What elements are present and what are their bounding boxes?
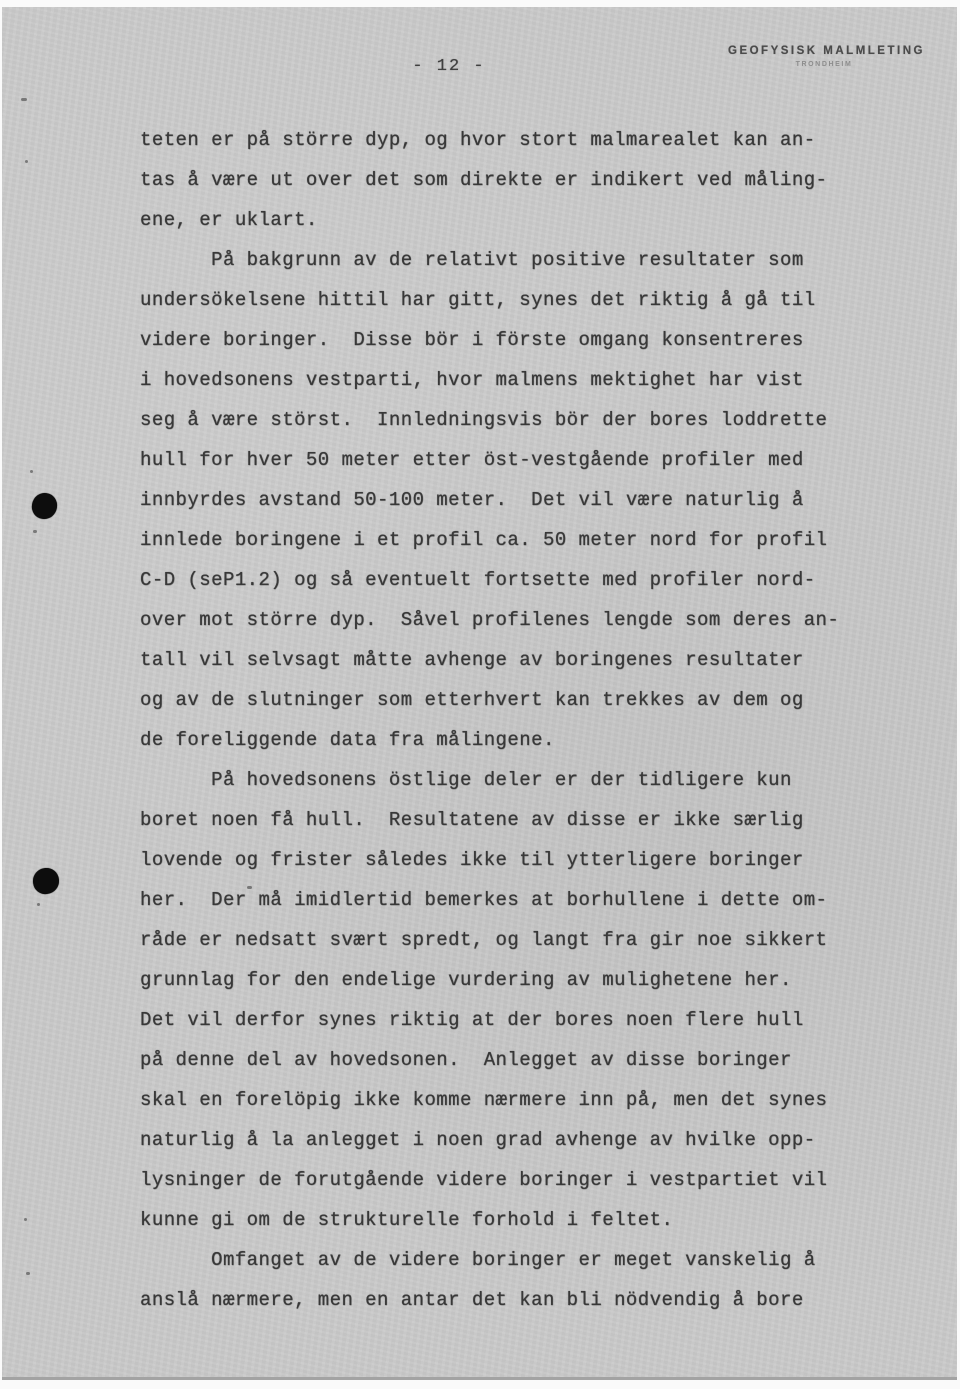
- scan-speck: [33, 530, 37, 533]
- text-line: tas å være ut over det som direkte er in…: [140, 160, 900, 200]
- scan-speck: [25, 160, 28, 163]
- text-line: Det vil derfor synes riktig at der bores…: [140, 1000, 900, 1040]
- scan-speck: [37, 903, 40, 906]
- text-line: På hovedsonens östlige deler er der tidl…: [140, 760, 900, 800]
- text-line: På bakgrunn av de relativt positive resu…: [140, 240, 900, 280]
- scan-speck: [247, 886, 252, 889]
- text-line: lovende og frister således ikke til ytte…: [140, 840, 900, 880]
- text-line: over mot större dyp. Såvel profilenes le…: [140, 600, 900, 640]
- text-line: anslå nærmere, men en antar det kan bli …: [140, 1280, 900, 1320]
- text-line: tall vil selvsagt måtte avhenge av borin…: [140, 640, 900, 680]
- text-line: og av de slutninger som etterhvert kan t…: [140, 680, 900, 720]
- letterhead-city: TRONDHEIM: [728, 61, 920, 68]
- text-line: grunnlag for den endelige vurdering av m…: [140, 960, 900, 1000]
- typewritten-body-text: teten er på större dyp, og hvor stort ma…: [140, 120, 900, 1320]
- text-line: Omfanget av de videre boringer er meget …: [140, 1240, 900, 1280]
- text-line: undersökelsene hittil har gitt, synes de…: [140, 280, 900, 320]
- text-line: ene, er uklart.: [140, 200, 900, 240]
- text-line: lysninger de forutgående videre boringer…: [140, 1160, 900, 1200]
- text-line: C-D (seP1.2) og så eventuelt fortsette m…: [140, 560, 900, 600]
- text-line: hull for hver 50 meter etter öst-vestgåe…: [140, 440, 900, 480]
- text-line: kunne gi om de strukturelle forhold i fe…: [140, 1200, 900, 1240]
- text-line: videre boringer. Disse bör i förste omga…: [140, 320, 900, 360]
- text-line: skal en forelöpig ikke komme nærmere inn…: [140, 1080, 900, 1120]
- text-line: naturlig å la anlegget i noen grad avhen…: [140, 1120, 900, 1160]
- scan-speck: [21, 98, 27, 101]
- text-line: teten er på större dyp, og hvor stort ma…: [140, 120, 900, 160]
- text-line: boret noen få hull. Resultatene av disse…: [140, 800, 900, 840]
- text-line: innbyrdes avstand 50-100 meter. Det vil …: [140, 480, 900, 520]
- text-line: råde er nedsatt svært spredt, og langt f…: [140, 920, 900, 960]
- letterhead-organization: GEOFYSISK MALMLETING: [728, 45, 920, 57]
- text-line: de foreliggende data fra målingene.: [140, 720, 900, 760]
- scan-speck: [24, 1218, 27, 1221]
- text-line: seg å være störst. Innledningsvis bör de…: [140, 400, 900, 440]
- page-number: - 12 -: [404, 57, 494, 76]
- text-line: på denne del av hovedsonen. Anlegget av …: [140, 1040, 900, 1080]
- scan-speck: [30, 470, 33, 473]
- text-line: her. Der må imidlertid bemerkes at borhu…: [140, 880, 900, 920]
- text-line: innlede boringene i et profil ca. 50 met…: [140, 520, 900, 560]
- text-line: i hovedsonens vestparti, hvor malmens me…: [140, 360, 900, 400]
- scan-speck: [26, 1272, 30, 1275]
- scanned-document-page: GEOFYSISK MALMLETING TRONDHEIM - 12 - te…: [0, 0, 960, 1389]
- letterhead: GEOFYSISK MALMLETING TRONDHEIM: [728, 45, 920, 68]
